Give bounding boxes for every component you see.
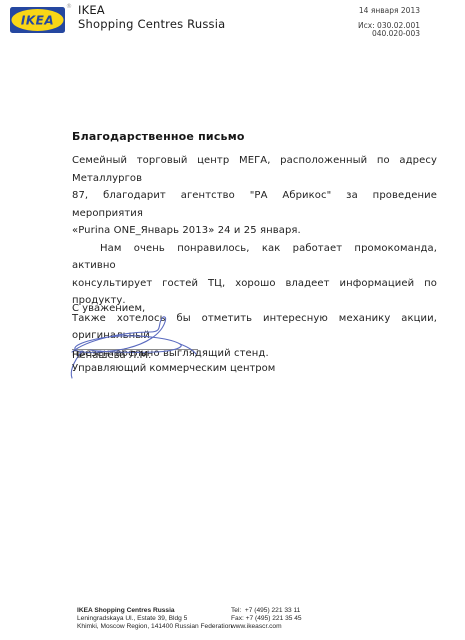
registered-trademark-icon: ® [66, 3, 72, 10]
footer-contact-block: Tel: +7 (495) 221 33 11 Fax: +7 (495) 22… [231, 607, 302, 632]
footer-website: www.ikeascr.com [231, 623, 302, 631]
company-name-block: IKEA Shopping Centres Russia [78, 4, 225, 31]
letter-date: 14 января 2013 [358, 7, 420, 16]
signatory-name: Ненашева Л.М. [72, 350, 151, 361]
company-name-line1: IKEA [78, 4, 225, 18]
letter-title: Благодарственное письмо [72, 130, 437, 143]
footer-address-line2: Khimki, Moscow Region, 141400 Russian Fe… [77, 623, 232, 631]
text-line: Семейный торговый центр МЕГА, расположен… [72, 152, 437, 187]
footer-telephone: Tel: +7 (495) 221 33 11 [231, 607, 302, 615]
ikea-logo-graphic: IKEA [10, 7, 65, 33]
footer-company-name: IKEA Shopping Centres Russia [77, 607, 232, 615]
signatory-title: Управляющий коммерческим центром [72, 363, 275, 374]
reference-number-line2: 040.020-003 [358, 30, 420, 39]
footer-address-block: IKEA Shopping Centres Russia Leningradsk… [77, 607, 232, 632]
paragraph-1: Семейный торговый центр МЕГА, расположен… [72, 152, 437, 240]
text-line: «Purina ONE_Январь 2013» 24 и 25 января. [72, 222, 437, 240]
company-name-line2: Shopping Centres Russia [78, 18, 225, 32]
footer-fax: Fax: +7 (495) 221 35 45 [231, 615, 302, 623]
reference-number-block: Исх: 030.02.001 040.020-003 [358, 22, 420, 39]
text-line: 87, благодарит агентство "РА Абрикос" за… [72, 187, 437, 222]
scanned-letter-page: IKEA ® IKEA Shopping Centres Russia 14 я… [0, 0, 465, 640]
date-reference-block: 14 января 2013 Исх: 030.02.001 040.020-0… [358, 7, 420, 39]
ikea-logo: IKEA ® [10, 7, 70, 35]
ikea-logo-text: IKEA [21, 14, 54, 28]
text-line: Нам очень понравилось, как работает пром… [72, 240, 437, 275]
footer-address-line1: Leningradskaya Ul., Estate 39, Bldg 5 [77, 615, 232, 623]
